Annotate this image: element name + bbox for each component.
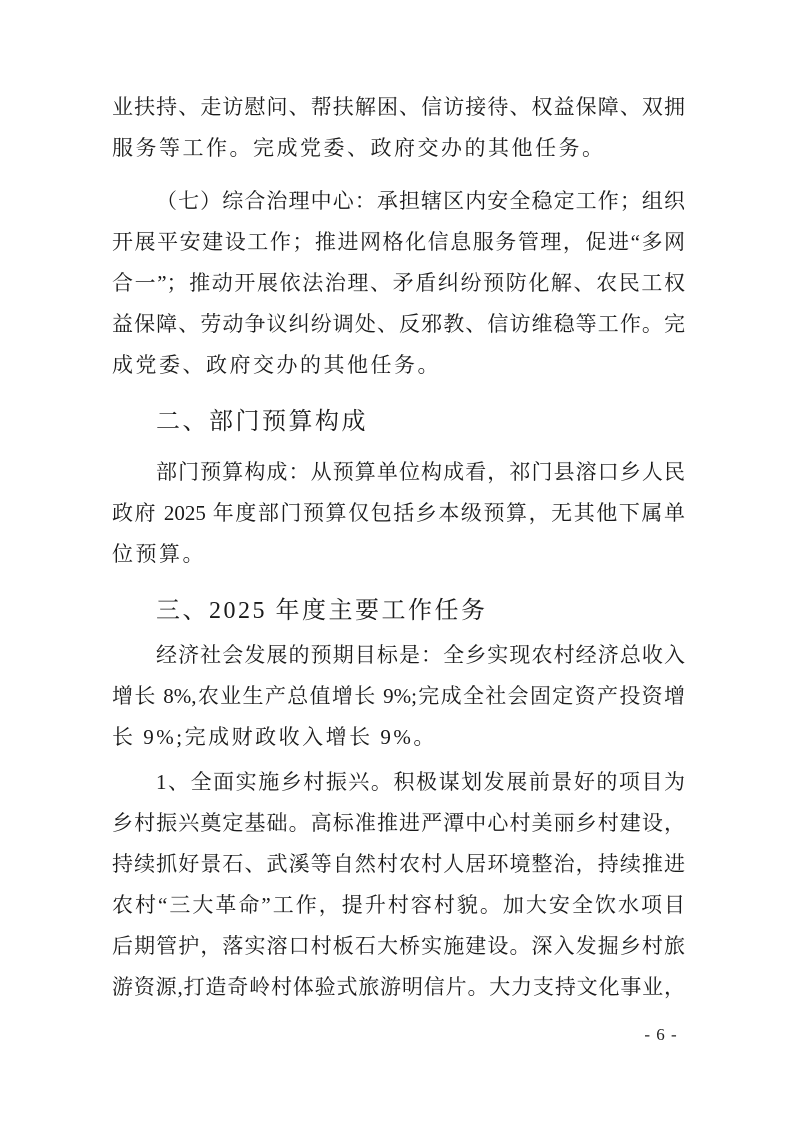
text-line: 政府 2025 年度部门预算仅包括乡本级预算，无其他下属单 [112,493,685,534]
section-heading: 三、2025 年度主要工作任务 [112,591,685,632]
text-block: 业扶持、走访慰问、帮扶解困、信访接待、权益保障、双拥 服务等工作。完成党委、政府… [112,87,685,1008]
heading-section-two: 二、部门预算构成 [112,402,685,443]
text-line: 位预算。 [112,534,685,575]
paragraph-budget-composition: 部门预算构成：从预算单位构成看，祁门县溶口乡人民 政府 2025 年度部门预算仅… [112,452,685,575]
text-line: 1、全面实施乡村振兴。积极谋划发展前景好的项目为 [112,762,685,803]
text-line: 农村“三大革命”工作，提升村容村貌。加大安全饮水项目 [112,885,685,926]
paragraph-economic-goals: 经济社会发展的预期目标是：全乡实现农村经济总收入 增长 8%,农业生产总值增长 … [112,635,685,758]
text-line: 游资源,打造奇岭村体验式旅游明信片。大力支持文化事业， [112,967,685,1008]
document-page: 业扶持、走访慰问、帮扶解困、信访接待、权益保障、双拥 服务等工作。完成党委、政府… [0,0,793,1122]
text-line: 业扶持、走访慰问、帮扶解困、信访接待、权益保障、双拥 [112,87,685,128]
page-number: - 6 - [616,1025,706,1045]
paragraph-continuation: 业扶持、走访慰问、帮扶解困、信访接待、权益保障、双拥 服务等工作。完成党委、政府… [112,87,685,169]
text-line: （七）综合治理中心：承担辖区内安全稳定工作；组织 [112,181,685,222]
text-line: 部门预算构成：从预算单位构成看，祁门县溶口乡人民 [112,452,685,493]
text-line: 长 9%;完成财政收入增长 9%。 [112,717,685,758]
text-line: 开展平安建设工作；推进网格化信息服务管理，促进“多网 [112,222,685,263]
text-line: 益保障、劳动争议纠纷调处、反邪教、信访维稳等工作。完 [112,304,685,345]
paragraph-rural-revitalization: 1、全面实施乡村振兴。积极谋划发展前景好的项目为 乡村振兴奠定基础。高标准推进严… [112,762,685,1008]
text-line: 持续抓好景石、武溪等自然村农村人居环境整治，持续推进 [112,844,685,885]
text-line: 增长 8%,农业生产总值增长 9%;完成全社会固定资产投资增 [112,676,685,717]
heading-section-three: 三、2025 年度主要工作任务 [112,591,685,632]
text-line: 乡村振兴奠定基础。高标准推进严潭中心村美丽乡村建设， [112,803,685,844]
text-line: 经济社会发展的预期目标是：全乡实现农村经济总收入 [112,635,685,676]
section-heading: 二、部门预算构成 [112,402,685,443]
text-line: 成党委、政府交办的其他任务。 [112,345,685,386]
text-line: 后期管护，落实溶口村板石大桥实施建设。深入发掘乡村旅 [112,926,685,967]
text-line: 服务等工作。完成党委、政府交办的其他任务。 [112,128,685,169]
paragraph-section-seven: （七）综合治理中心：承担辖区内安全稳定工作；组织 开展平安建设工作；推进网格化信… [112,181,685,386]
text-line: 合一”；推动开展依法治理、矛盾纠纷预防化解、农民工权 [112,263,685,304]
